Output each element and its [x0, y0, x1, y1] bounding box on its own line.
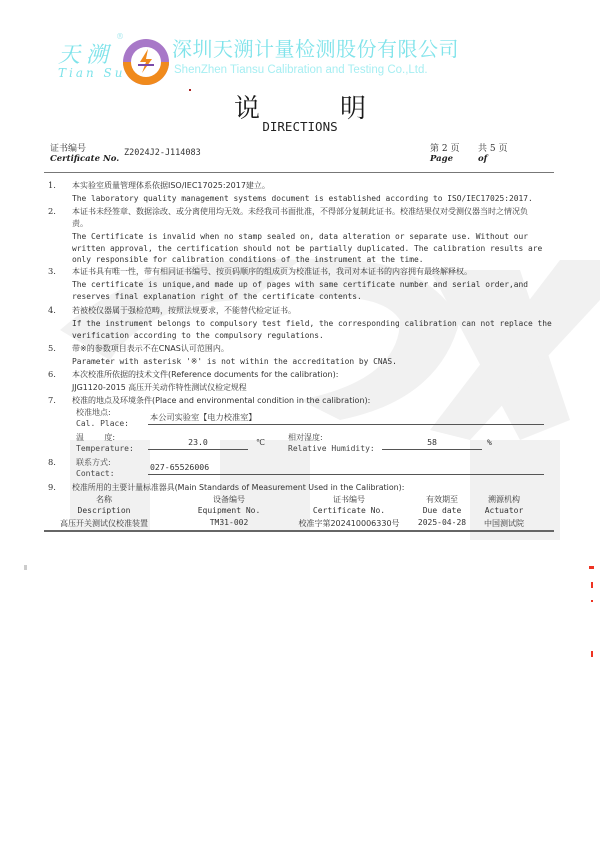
item-number: 8.: [48, 457, 56, 469]
item-number: 9.: [48, 482, 56, 494]
place-label-cn: 校准地点:: [76, 407, 111, 418]
item-text-cn: 本实验室质量管理体系依据ISO/IEC17025:2017建立。: [72, 180, 542, 192]
certificate-label-en: Certificate No.: [50, 154, 119, 164]
item-text-cn: 本证书未经签章、数据涂改、或分离使用均无效。未经我司书面批准，不得部分复制此证书…: [72, 206, 542, 229]
item-text-en: The Certificate is invalid when no stamp…: [72, 231, 552, 266]
item-number: 7.: [48, 395, 56, 407]
table-bottom-rule: [44, 530, 554, 532]
item-text-en: JJG1120-2015 高压开关动作特性测试仪检定规程: [72, 382, 552, 394]
item-number: 2.: [48, 206, 56, 218]
col-header-certificate-cn: 证书编号: [289, 494, 409, 505]
item-text-en: If the instrument belongs to compulsory …: [72, 318, 552, 341]
item-number: 3.: [48, 266, 56, 278]
brand-logo-en: Tian Su: [58, 66, 126, 80]
humidity-label-cn: 相对湿度:: [288, 432, 323, 443]
item-text-cn: 校准的地点及环境条件(Place and environmental condi…: [72, 395, 542, 407]
temperature-value: 23.0: [148, 437, 248, 447]
place-label-en: Cal. Place:: [76, 418, 129, 429]
temperature-label-cn: 温 度:: [76, 432, 115, 443]
certificate-label-cn: 证书编号: [50, 141, 86, 154]
col-header-equipment: Equipment No.: [174, 506, 284, 515]
col-header-description: Description: [44, 506, 164, 515]
scan-artifact: [24, 565, 27, 570]
brand-logo-cn: 天溯: [58, 38, 114, 69]
col-header-certificate: Certificate No.: [289, 506, 409, 515]
humidity-underline: [382, 449, 482, 450]
contact-label-cn: 联系方式:: [76, 457, 111, 468]
item-text-en: The certificate is unique,and made up of…: [72, 279, 552, 302]
item-text-cn: 本次校准所依据的技术文件(Reference documents for the…: [72, 369, 542, 381]
col-header-equipment-cn: 设备编号: [174, 494, 284, 505]
humidity-value: 58: [382, 437, 482, 447]
item-number: 5.: [48, 343, 56, 355]
item-text-cn: 本证书具有唯一性，带有相同证书编号、按页码顺序的组成页为校准证书，我司对本证书的…: [72, 266, 542, 278]
item-number: 6.: [48, 369, 56, 381]
col-header-description-cn: 名称: [44, 494, 164, 505]
certificate-number: Z2024J2-J114083: [124, 148, 201, 158]
company-emblem-icon: [122, 38, 170, 86]
col-header-due-date: Due date: [412, 506, 472, 515]
cell-due-date: 2025-04-28: [412, 518, 472, 527]
scan-artifact: [591, 582, 593, 588]
col-header-actuator-cn: 溯源机构: [474, 494, 534, 505]
certificate-page: 天溯 Tian Su ® 深圳天溯计量检测股份有限公司 ShenZhen Tia…: [0, 0, 600, 848]
temperature-label-en: Temperature:: [76, 443, 134, 454]
company-name-cn: 深圳天溯计量检测股份有限公司: [172, 33, 459, 62]
item-text-en: Parameter with asterisk '※' is not withi…: [72, 356, 552, 368]
place-value: 本公司实验室【电力校准室】: [150, 412, 256, 423]
page-of-label-en: of: [478, 154, 487, 164]
item-text-cn: 若被校仪器属于强检范畴，按照法规要求，不能替代检定证书。: [72, 305, 542, 317]
temperature-unit: ℃: [256, 437, 265, 447]
humidity-unit: %: [487, 437, 492, 447]
company-name-en: ShenZhen Tiansu Calibration and Testing …: [174, 64, 428, 76]
scan-artifact: [591, 600, 593, 602]
header-divider: [44, 172, 554, 173]
contact-value: 027-65526006: [150, 462, 209, 472]
cell-equipment-no: TM31-002: [174, 518, 284, 527]
page-total-cn: 共 5 页: [478, 141, 507, 154]
item-text-cn: 带※的参数项目表示不在CNAS认可范围内。: [72, 343, 542, 355]
item-text-en: The laboratory quality management system…: [72, 193, 552, 205]
item-number: 1.: [48, 180, 56, 192]
contact-underline: [148, 474, 544, 475]
col-header-due-date-cn: 有效期至: [412, 494, 472, 505]
humidity-label-en: Relative Humidity:: [288, 443, 375, 454]
page-number-cn: 第 2 页: [430, 141, 459, 154]
temperature-underline: [148, 449, 248, 450]
item-number: 4.: [48, 305, 56, 317]
cell-actuator: 中国测试院: [474, 518, 534, 529]
scan-artifact: [589, 566, 594, 569]
col-header-actuator: Actuator: [474, 506, 534, 515]
cell-description: 高压开关测试仪校准装置: [44, 518, 164, 529]
scan-artifact: [591, 651, 593, 657]
standards-title: 校准所用的主要计量标准器具(Main Standards of Measurem…: [72, 482, 542, 494]
page-label-en: Page: [430, 154, 453, 164]
place-underline: [148, 424, 544, 425]
cell-certificate-no: 校准字第202410006330号: [289, 518, 409, 529]
contact-label-en: Contact:: [76, 468, 115, 479]
page-title-en: DIRECTIONS: [0, 119, 600, 134]
